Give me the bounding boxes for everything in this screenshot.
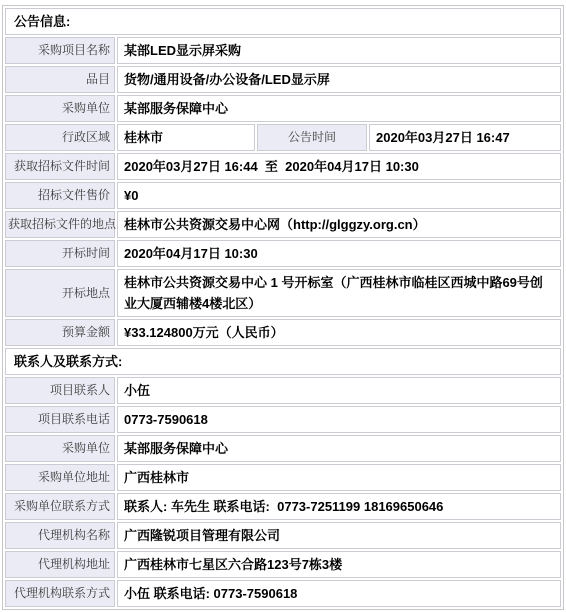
label-project-phone: 项目联系电话	[5, 406, 115, 433]
table-row: 采购项目名称 某部LED显示屏采购	[5, 37, 561, 64]
label-doc-price: 招标文件售价	[5, 182, 115, 209]
value-purchaser-contact: 联系人: 车先生 联系电话: 0773-7251199 18169650646	[117, 493, 561, 520]
label-bid-open-time: 开标时间	[5, 240, 115, 267]
value-project-phone: 0773-7590618	[117, 406, 561, 433]
value-announce-time: 2020年03月27日 16:47	[369, 124, 561, 151]
label-project-name: 采购项目名称	[5, 37, 115, 64]
label-agency-name: 代理机构名称	[5, 522, 115, 549]
label-contacts-purchaser: 采购单位	[5, 435, 115, 462]
table-row: 代理机构联系方式 小伍 联系电话: 0773-7590618	[5, 580, 561, 607]
table-row: 预算金额 ¥33.124800万元（人民币）	[5, 319, 561, 346]
value-project-contact: 小伍	[117, 377, 561, 404]
table-row: 招标文件售价 ¥0	[5, 182, 561, 209]
table-row: 获取招标文件时间 2020年03月27日 16:44 至 2020年04月17日…	[5, 153, 561, 180]
section-title-announcement: 公告信息:	[5, 8, 561, 35]
table-row: 采购单位 某部服务保障中心	[5, 95, 561, 122]
value-agency-contact: 小伍 联系电话: 0773-7590618	[117, 580, 561, 607]
value-bid-open-place: 桂林市公共资源交易中心 1 号开标室（广西桂林市临桂区西城中路69号创业大厦西辅…	[117, 269, 561, 317]
value-agency-address: 广西桂林市七星区六合路123号7栋3楼	[117, 551, 561, 578]
table-row: 采购单位 某部服务保障中心	[5, 435, 561, 462]
table-row: 采购单位联系方式 联系人: 车先生 联系电话: 0773-7251199 181…	[5, 493, 561, 520]
table-row: 代理机构名称 广西隆锐项目管理有限公司	[5, 522, 561, 549]
table-row: 开标时间 2020年04月17日 10:30	[5, 240, 561, 267]
section-header-row: 联系人及联系方式:	[5, 348, 561, 375]
label-doc-obtain-time: 获取招标文件时间	[5, 153, 115, 180]
table-row: 代理机构地址 广西桂林市七星区六合路123号7栋3楼	[5, 551, 561, 578]
label-agency-contact: 代理机构联系方式	[5, 580, 115, 607]
value-contacts-purchaser: 某部服务保障中心	[117, 435, 561, 462]
section-header-row: 公告信息:	[5, 8, 561, 35]
label-agency-address: 代理机构地址	[5, 551, 115, 578]
table-row: 行政区域 桂林市 公告时间 2020年03月27日 16:47	[5, 124, 561, 151]
value-category: 货物/通用设备/办公设备/LED显示屏	[117, 66, 561, 93]
label-purchaser: 采购单位	[5, 95, 115, 122]
announcement-table: 公告信息: 采购项目名称 某部LED显示屏采购 品目 货物/通用设备/办公设备/…	[2, 5, 564, 610]
value-purchaser-address: 广西桂林市	[117, 464, 561, 491]
table-row: 项目联系电话 0773-7590618	[5, 406, 561, 433]
value-doc-obtain-place: 桂林市公共资源交易中心网（http://glggzy.org.cn）	[117, 211, 561, 238]
label-purchaser-contact: 采购单位联系方式	[5, 493, 115, 520]
label-doc-obtain-place: 获取招标文件的地点	[5, 211, 115, 238]
value-budget: ¥33.124800万元（人民币）	[117, 319, 561, 346]
label-project-contact: 项目联系人	[5, 377, 115, 404]
table-row: 采购单位地址 广西桂林市	[5, 464, 561, 491]
table-row: 品目 货物/通用设备/办公设备/LED显示屏	[5, 66, 561, 93]
label-region: 行政区域	[5, 124, 115, 151]
value-bid-open-time: 2020年04月17日 10:30	[117, 240, 561, 267]
value-doc-price: ¥0	[117, 182, 561, 209]
table-row: 获取招标文件的地点 桂林市公共资源交易中心网（http://glggzy.org…	[5, 211, 561, 238]
label-budget: 预算金额	[5, 319, 115, 346]
label-announce-time: 公告时间	[257, 124, 367, 151]
value-project-name: 某部LED显示屏采购	[117, 37, 561, 64]
value-doc-obtain-time: 2020年03月27日 16:44 至 2020年04月17日 10:30	[117, 153, 561, 180]
label-category: 品目	[5, 66, 115, 93]
value-purchaser: 某部服务保障中心	[117, 95, 561, 122]
label-purchaser-address: 采购单位地址	[5, 464, 115, 491]
table-row: 项目联系人 小伍	[5, 377, 561, 404]
value-agency-name: 广西隆锐项目管理有限公司	[117, 522, 561, 549]
table-row: 开标地点 桂林市公共资源交易中心 1 号开标室（广西桂林市临桂区西城中路69号创…	[5, 269, 561, 317]
value-region: 桂林市	[117, 124, 255, 151]
section-title-contacts: 联系人及联系方式:	[5, 348, 561, 375]
label-bid-open-place: 开标地点	[5, 269, 115, 317]
